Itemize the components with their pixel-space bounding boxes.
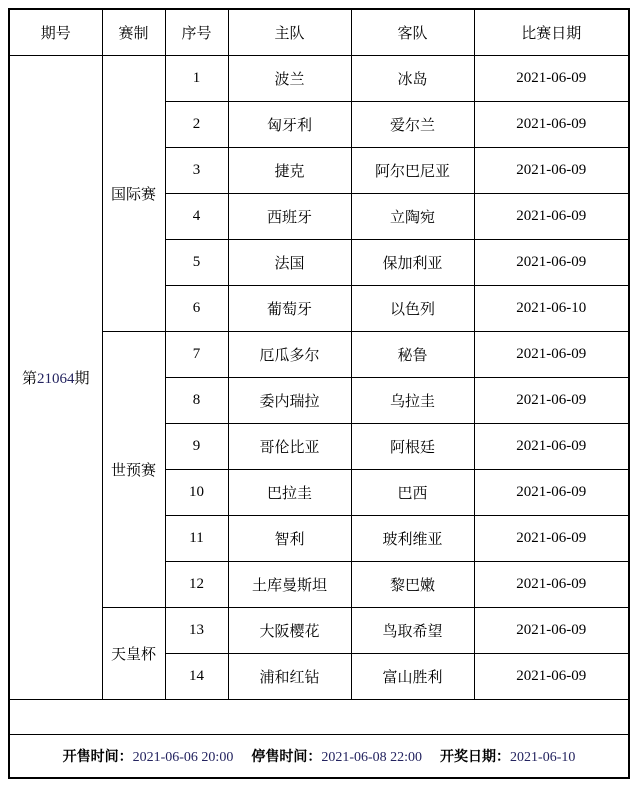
- match-no: 5: [165, 239, 228, 285]
- draw-date-value: 2021-06-10: [510, 750, 575, 765]
- match-no: 2: [165, 101, 228, 147]
- sale-start-value: 2021-06-06 20:00: [133, 750, 234, 765]
- match-date: 2021-06-09: [474, 331, 629, 377]
- match-date: 2021-06-09: [474, 515, 629, 561]
- away-team: 阿尔巴尼亚: [351, 147, 474, 193]
- match-date: 2021-06-09: [474, 147, 629, 193]
- format-group-wcq: 世预赛: [102, 331, 165, 607]
- away-team: 鸟取希望: [351, 607, 474, 653]
- match-date: 2021-06-09: [474, 607, 629, 653]
- match-date: 2021-06-09: [474, 101, 629, 147]
- sale-info-cell: 开售时间：2021-06-06 20:00停售时间：2021-06-08 22:…: [9, 734, 629, 778]
- away-team: 阿根廷: [351, 423, 474, 469]
- match-no: 3: [165, 147, 228, 193]
- match-date: 2021-06-09: [474, 377, 629, 423]
- table-header-row: 期号 赛制 序号 主队 客队 比赛日期: [9, 9, 629, 55]
- home-team: 葡萄牙: [228, 285, 351, 331]
- match-schedule-table: 期号 赛制 序号 主队 客队 比赛日期 第21064期 国际赛 1 波兰 冰岛 …: [8, 8, 630, 779]
- away-team: 保加利亚: [351, 239, 474, 285]
- match-date: 2021-06-10: [474, 285, 629, 331]
- match-date: 2021-06-09: [474, 423, 629, 469]
- match-row: 天皇杯 13 大阪樱花 鸟取希望 2021-06-09: [9, 607, 629, 653]
- match-date: 2021-06-09: [474, 55, 629, 101]
- away-team: 乌拉圭: [351, 377, 474, 423]
- match-date: 2021-06-09: [474, 653, 629, 699]
- period-cell: 第21064期: [9, 55, 102, 699]
- match-no: 10: [165, 469, 228, 515]
- match-no: 8: [165, 377, 228, 423]
- format-group-emperors-cup: 天皇杯: [102, 607, 165, 699]
- sale-end-label: 停售时间：: [251, 748, 321, 764]
- away-team: 玻利维亚: [351, 515, 474, 561]
- home-team: 大阪樱花: [228, 607, 351, 653]
- header-period: 期号: [9, 9, 102, 55]
- footer-row: 开售时间：2021-06-06 20:00停售时间：2021-06-08 22:…: [9, 734, 629, 778]
- match-no: 9: [165, 423, 228, 469]
- header-format: 赛制: [102, 9, 165, 55]
- spacer-cell: [9, 699, 629, 734]
- sale-start-label: 开售时间：: [63, 748, 133, 764]
- away-team: 冰岛: [351, 55, 474, 101]
- match-no: 1: [165, 55, 228, 101]
- away-team: 秘鲁: [351, 331, 474, 377]
- match-date: 2021-06-09: [474, 193, 629, 239]
- match-no: 6: [165, 285, 228, 331]
- home-team: 匈牙利: [228, 101, 351, 147]
- match-no: 7: [165, 331, 228, 377]
- header-no: 序号: [165, 9, 228, 55]
- match-no: 13: [165, 607, 228, 653]
- match-date: 2021-06-09: [474, 239, 629, 285]
- home-team: 浦和红钻: [228, 653, 351, 699]
- home-team: 西班牙: [228, 193, 351, 239]
- home-team: 委内瑞拉: [228, 377, 351, 423]
- header-away: 客队: [351, 9, 474, 55]
- away-team: 黎巴嫩: [351, 561, 474, 607]
- away-team: 以色列: [351, 285, 474, 331]
- away-team: 巴西: [351, 469, 474, 515]
- home-team: 土库曼斯坦: [228, 561, 351, 607]
- match-date: 2021-06-09: [474, 469, 629, 515]
- home-team: 波兰: [228, 55, 351, 101]
- period-number: 21064: [37, 371, 75, 387]
- match-row: 第21064期 国际赛 1 波兰 冰岛 2021-06-09: [9, 55, 629, 101]
- match-no: 14: [165, 653, 228, 699]
- draw-date-label: 开奖日期：: [440, 748, 510, 764]
- header-date: 比赛日期: [474, 9, 629, 55]
- home-team: 捷克: [228, 147, 351, 193]
- home-team: 巴拉圭: [228, 469, 351, 515]
- match-no: 12: [165, 561, 228, 607]
- format-group-international: 国际赛: [102, 55, 165, 331]
- period-suffix: 期: [75, 371, 90, 387]
- home-team: 智利: [228, 515, 351, 561]
- lottery-schedule-sheet: 期号 赛制 序号 主队 客队 比赛日期 第21064期 国际赛 1 波兰 冰岛 …: [0, 0, 636, 785]
- match-row: 世预赛 7 厄瓜多尔 秘鲁 2021-06-09: [9, 331, 629, 377]
- match-no: 4: [165, 193, 228, 239]
- spacer-row: [9, 699, 629, 734]
- period-prefix: 第: [22, 371, 37, 387]
- match-date: 2021-06-09: [474, 561, 629, 607]
- away-team: 爱尔兰: [351, 101, 474, 147]
- match-no: 11: [165, 515, 228, 561]
- away-team: 立陶宛: [351, 193, 474, 239]
- away-team: 富山胜利: [351, 653, 474, 699]
- sale-end-value: 2021-06-08 22:00: [321, 750, 422, 765]
- home-team: 法国: [228, 239, 351, 285]
- home-team: 厄瓜多尔: [228, 331, 351, 377]
- header-home: 主队: [228, 9, 351, 55]
- home-team: 哥伦比亚: [228, 423, 351, 469]
